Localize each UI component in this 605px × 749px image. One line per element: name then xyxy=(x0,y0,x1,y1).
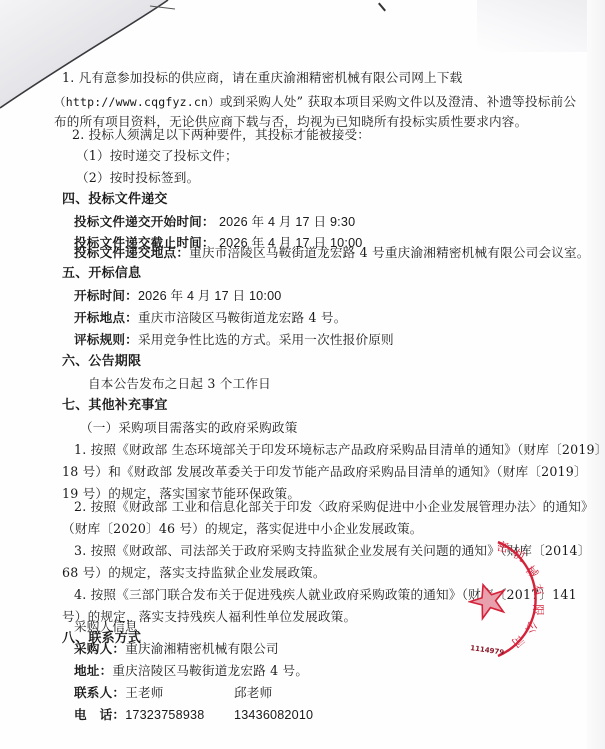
policy-2-line-1: 2. 按照《财政部 工业和信息化部关于印发〈政府采购促进中小企业发展管理办法〉的… xyxy=(74,499,594,515)
opening-place: 开标地点：重庆市涪陵区马鞍街道龙宏路 4 号。 xyxy=(74,310,347,326)
policy-1-line-1: 1. 按照《财政部 生态环境部关于印发环境标志产品政府采购品目清单的通知》（财库… xyxy=(74,442,605,458)
page-shadow xyxy=(477,0,587,52)
item-1-line-2: （http://www.cqgfyz.cn）或到采购人处” 获取本项目采购文件以… xyxy=(54,94,576,110)
contact: 联系人：王老师 xyxy=(74,685,164,701)
submission-start-label: 投标文件递交开始时间： xyxy=(74,214,215,229)
evaluation-rule-label: 评标规则： xyxy=(74,332,138,347)
seal-char-4: 有 xyxy=(529,582,546,598)
section-7-heading: 七、其他补充事宜 xyxy=(62,398,168,414)
seal-char-5: 限 xyxy=(531,604,545,616)
opening-time: 开标时间：2026 年 4 月 17 日 10:00 xyxy=(74,288,282,304)
policy-2-line-2: （财库〔2020〕46 号）的规定，落实促进中小企业发展政策。 xyxy=(62,521,423,537)
buyer-label: 采购人： xyxy=(74,641,125,656)
section-4-heading: 四、投标文件递交 xyxy=(62,192,168,208)
evaluation-rule: 评标规则：采用竞争性比选的方式。采用一次性报价原则 xyxy=(74,332,394,348)
contact-2: 邱老师 xyxy=(234,685,272,701)
submission-start-value: 2026 年 4 月 17 日 9:30 xyxy=(219,215,355,229)
document-page: 1. 凡有意参加投标的供应商，请在重庆渝湘精密机械有限公司网上下载 （http:… xyxy=(0,0,605,749)
opening-time-value: 2026 年 4 月 17 日 10:00 xyxy=(138,289,282,303)
seal-char-2: 机 xyxy=(511,546,529,565)
address-value: 重庆涪陵区马鞍街道龙宏路 4 号。 xyxy=(112,663,308,678)
item-1-line-1: 1. 凡有意参加投标的供应商，请在重庆渝湘精密机械有限公司网上下载 xyxy=(62,70,462,86)
opening-place-label: 开标地点： xyxy=(74,310,138,325)
opening-place-value: 重庆市涪陵区马鞍街道龙宏路 4 号。 xyxy=(138,310,347,325)
pen-mark xyxy=(378,3,386,12)
policy-1-line-2: 18 号）和《财政部 发展改革委关于印发节能产品政府采购品目清单的通知》（财库〔… xyxy=(62,464,587,480)
address: 地址：重庆涪陵区马鞍街道龙宏路 4 号。 xyxy=(74,663,308,679)
contact-1: 王老师 xyxy=(125,685,163,700)
seal-code: 1114979 xyxy=(470,644,505,657)
item-2-sub-1: （1）按时递交了投标文件； xyxy=(76,148,238,164)
buyer-value: 重庆渝湘精密机械有限公司 xyxy=(125,641,279,656)
seal-char-1: 密 xyxy=(495,538,509,555)
submission-start: 投标文件递交开始时间： 2026 年 4 月 17 日 9:30 xyxy=(74,214,355,230)
buyer-info-label: 采购人信息 xyxy=(74,619,138,635)
buyer: 采购人：重庆渝湘精密机械有限公司 xyxy=(74,641,279,657)
evaluation-rule-value: 采用竞争性比选的方式。采用一次性报价原则 xyxy=(138,332,394,347)
phone: 电 话：17323758938 xyxy=(74,707,204,723)
phone-label: 电 话： xyxy=(74,707,125,722)
address-label: 地址： xyxy=(74,663,112,678)
contact-label: 联系人： xyxy=(74,685,125,700)
opening-time-label: 开标时间： xyxy=(74,288,138,303)
item-2-sub-2: （2）按时投标签到。 xyxy=(76,170,199,186)
item-2: 2. 投标人须满足以下两种要件，其投标才能被接受： xyxy=(72,127,370,143)
item-1-line-2-text: 或到采购人处” 获取本项目采购文件以及澄清、补遗等投标前公 xyxy=(220,94,576,109)
submission-place-value: 重庆市涪陵区马鞍街道龙宏路 4 号重庆渝湘精密机械有限公司会议室。 xyxy=(189,245,589,260)
company-seal: 密 机 械 有 限 公 司 1114979 xyxy=(468,538,568,660)
section-5-heading: 五、开标信息 xyxy=(62,266,141,282)
notice-period: 自本公告发布之日起 3 个工作日 xyxy=(88,376,271,392)
submission-place: 投标文件递交地点：重庆市涪陵区马鞍街道龙宏路 4 号重庆渝湘精密机械有限公司会议… xyxy=(74,245,590,261)
phone-1[interactable]: 17323758938 xyxy=(125,708,204,722)
submission-place-label: 投标文件递交地点： xyxy=(74,245,189,260)
phone-2[interactable]: 13436082010 xyxy=(234,707,313,723)
policy-subheading: （一）采购项目需落实的政府采购政策 xyxy=(80,420,298,436)
page-edge-shadow xyxy=(587,0,605,749)
policy-3-line-2: 68 号）的规定，落实支持监狱企业发展政策。 xyxy=(62,565,326,581)
website-link[interactable]: （http://www.cqgfyz.cn） xyxy=(54,95,220,109)
section-6-heading: 六、公告期限 xyxy=(62,354,141,370)
